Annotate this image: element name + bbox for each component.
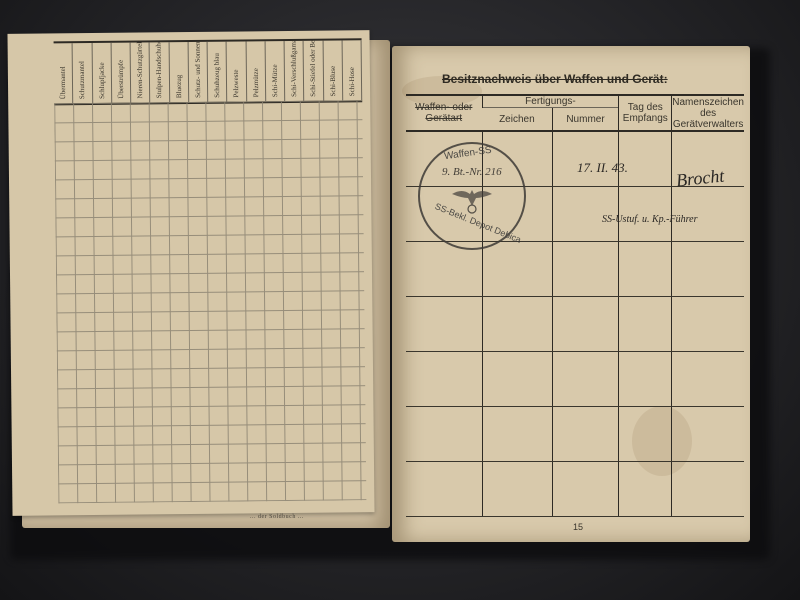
column-header: Schutz- und Sonnenbrille <box>188 42 208 102</box>
table-row <box>406 297 744 352</box>
stamp-unit-number: 9. Bt.-Nr. 216 <box>442 166 502 178</box>
clothing-column-headers: Übermantel Schutzmantel Schlupfjacke Übe… <box>54 38 363 105</box>
column-header: Schi-Verschlußgamaschen <box>285 41 305 101</box>
header-date-received: Tag des Empfangs <box>619 95 672 131</box>
column-header: Überstrümpfe <box>111 43 131 103</box>
table-row <box>406 407 744 462</box>
column-header: Übermantel <box>54 43 74 103</box>
header-equipment-type: Waffen- oder Gerätart <box>406 95 482 131</box>
header-number: Nummer <box>552 108 619 132</box>
column-header: Schi-Stiefel oder Bergstiefel <box>304 41 324 101</box>
header-administrator-initials: Namenszeichen des Gerätverwalters <box>672 95 744 131</box>
column-header: Pelzweste <box>227 41 247 101</box>
header-mark: Zeichen <box>482 108 552 132</box>
right-page: Besitznachweis über Waffen und Gerät: Wa… <box>392 46 750 542</box>
bottom-strip-text: ... der Soldbuch ... <box>250 514 380 520</box>
clothing-grid <box>54 100 366 503</box>
signature-rank-title: SS-Ustuf. u. Kp.-Führer <box>602 214 697 225</box>
left-page-insert: Übermantel Schutzmantel Schlupfjacke Übe… <box>7 30 374 516</box>
column-header: Schutzmantel <box>73 43 93 103</box>
column-header: Stulpen-Handschuhe <box>150 42 170 102</box>
column-header: Schi-Mütze <box>265 41 285 101</box>
page-number: 15 <box>573 522 583 532</box>
column-header: Pelzmütze <box>246 41 266 101</box>
page-title: Besitznachweis über Waffen und Gerät: <box>442 72 668 86</box>
table-row <box>406 352 744 407</box>
column-header: Schi-Bluse <box>323 40 343 100</box>
table-row <box>406 462 744 517</box>
table-row <box>406 242 744 297</box>
column-header: Bluezug <box>169 42 189 102</box>
handwritten-date: 17. II. 43. <box>577 160 628 176</box>
stamp-top-text: Waffen-SS <box>443 145 492 163</box>
column-header: Schlupfjacke <box>92 43 112 103</box>
header-manufacture-group: Fertigungs- <box>482 95 619 108</box>
column-header: Nieren-Schutzgürtel <box>131 42 151 102</box>
ink-stamp: Waffen-SS 9. Bt.-Nr. 216 SS-Bekl. Depot … <box>418 142 526 250</box>
column-header: Schuhzeug blau <box>208 42 228 102</box>
column-header: Schi-Hose <box>342 40 362 100</box>
